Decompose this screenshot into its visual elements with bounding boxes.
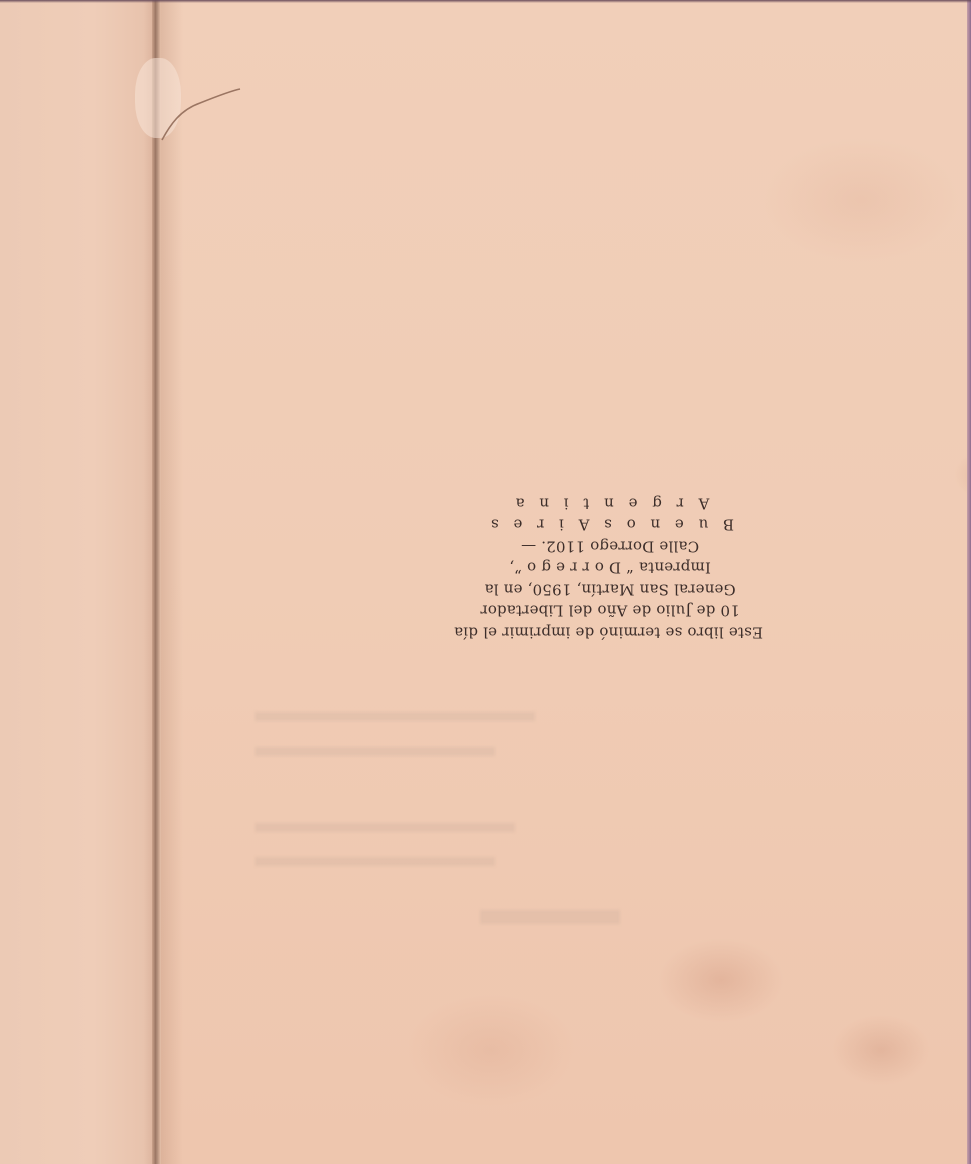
colophon-line: Imprenta “ D o r r e g o ”, — [455, 557, 765, 579]
colophon-line: Calle Dorrego 1102. — — [455, 535, 765, 557]
book-scan: Este libro se terminó de imprimir el día… — [0, 0, 971, 1164]
show-through-line — [255, 823, 515, 832]
colophon-line: General San Martín, 1950, en la — [455, 578, 765, 600]
show-through-line — [255, 857, 495, 866]
colophon-line: Este libro se terminó de imprimir el día — [455, 621, 765, 643]
left-page — [0, 0, 156, 1164]
book-spine-gutter — [152, 0, 161, 1164]
colophon-line: 10 de Julio de Año del Libertador — [455, 600, 765, 622]
show-through-line — [255, 747, 495, 756]
show-through-signature — [480, 910, 620, 924]
gutter-shadow — [161, 0, 183, 1164]
hair-fiber-icon — [160, 85, 242, 145]
show-through-line — [255, 712, 535, 721]
colophon-line-country: A r g e n t i n a — [455, 492, 765, 514]
page-top-edge — [0, 0, 971, 3]
page-right-edge — [967, 0, 971, 1164]
colophon-line-city: B u e n o s A i r e s — [455, 514, 765, 536]
colophon-text-block: Este libro se terminó de imprimir el día… — [455, 492, 765, 643]
